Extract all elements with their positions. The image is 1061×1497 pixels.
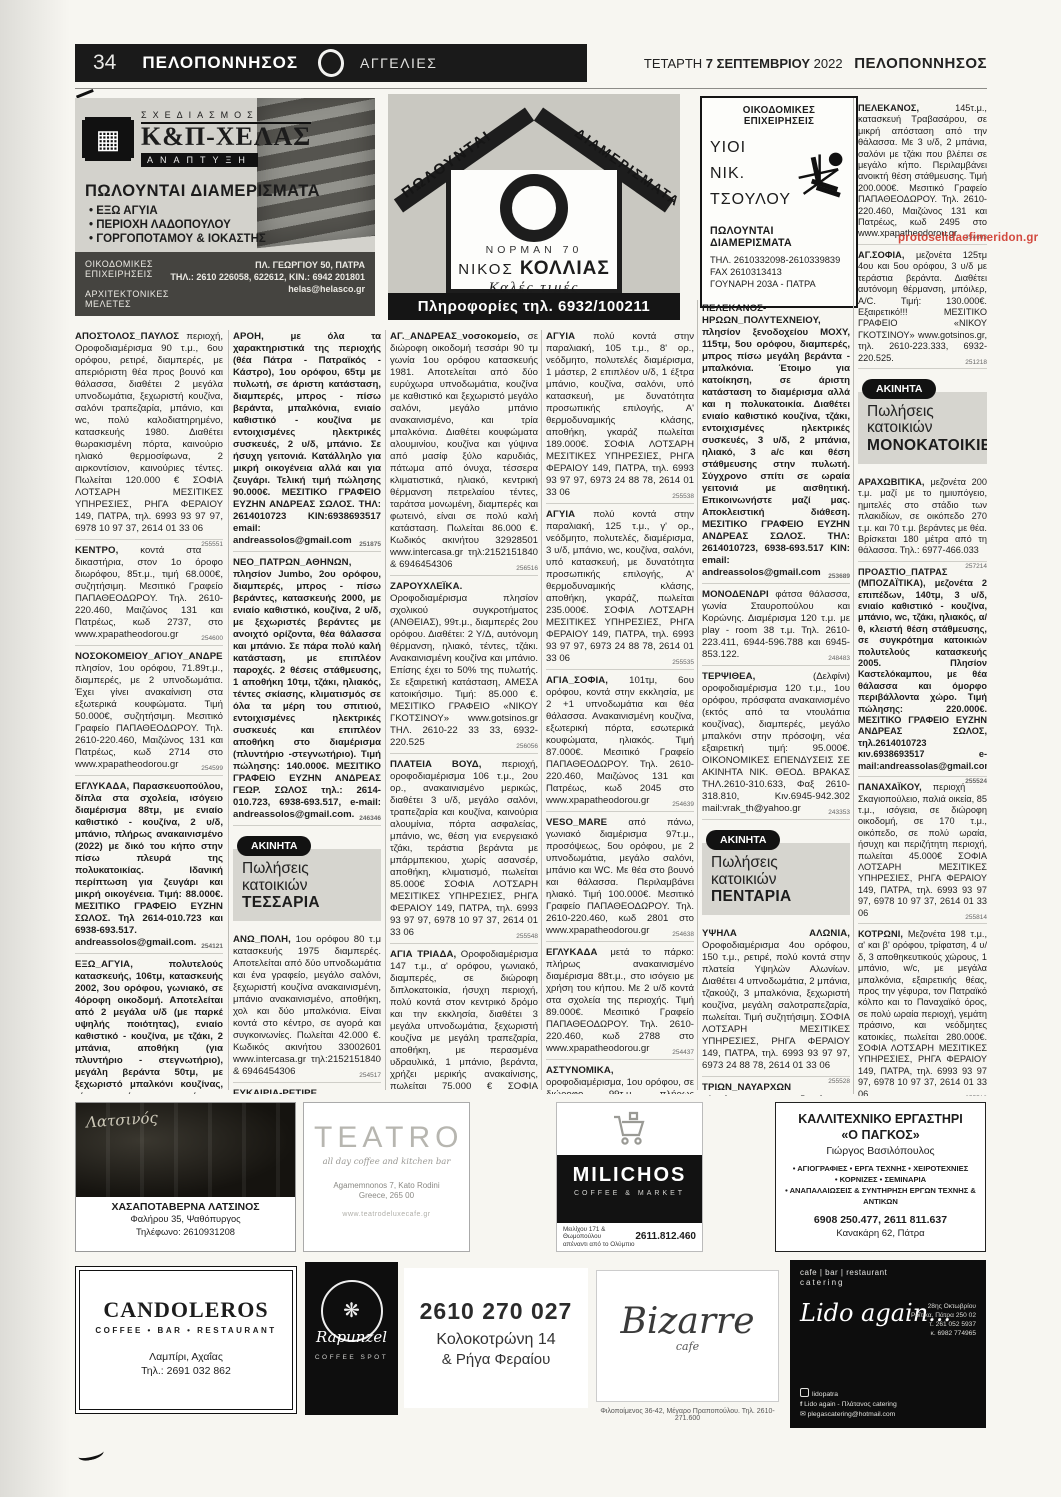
- pagkos-owner: Γιώργος Βασιλόπουλος: [784, 1145, 977, 1157]
- latsinos-name: ΧΑΣΑΠΟΤΑΒΕΡΝΑ ΛΑΤΣΙΝΟΣ: [76, 1201, 295, 1213]
- classified-ad: ΕΞΩ_ΑΓΥΙΑ, πολυτελούς κατασκευής, 106τμ,…: [75, 954, 223, 1094]
- section-title-box: ΠωλήσειςκατοικιώνΜΟΝΟΚΑΤΟΙΚΙΕΣ: [858, 392, 987, 464]
- header-bar: 34 ΠΕΛΟΠΟΝΝΗΣΟΣ ΑΓΓΕΛΙΕΣ: [75, 44, 587, 82]
- display-ad-lido: cafe | bar | restaurant catering Lido ag…: [790, 1260, 986, 1428]
- kollias-brand: ΝΟΡΜΑΝ 70: [451, 244, 617, 256]
- helas-headline: ΠΩΛΟΥΝΤΑΙ ΔΙΑΜΕΡΙΣΜΑΤΑ: [85, 182, 375, 201]
- ad-title: ΖΑΡΟΥΧΛΕΪΚΑ.: [390, 581, 462, 592]
- helas-name: Κ&Π-ΧΕΛΑΣ: [141, 124, 311, 150]
- display-ad-teatro: TEATRO all day coffee and kitchen bar Ag…: [303, 1102, 470, 1252]
- pagkos-title: ΚΑΛΛΙΤΕΧΝΙΚΟ ΕΡΓΑΣΤΗΡΙ: [784, 1112, 977, 1126]
- classified-column-1: ΑΠΟΣΤΟΛΟΣ_ΠΑΥΛΟΣ περιοχή, Οροφοδιαμέρισμ…: [75, 326, 223, 1094]
- ad-title: ΑΓΥΙΑ: [546, 331, 593, 342]
- header-date: ΤΕΤΑΡΤΗ 7 ΣΕΠΤΕΜΒΡΙΟΥ 2022 ΠΕΛΟΠΟΝΝΗΣΟΣ: [644, 55, 987, 72]
- ad-title: ΕΓΛΥΚΑΔΑ: [546, 947, 610, 958]
- tsoulou-name: ΥΙΟΙ ΝΙΚ. ΤΣΟΥΛΟΥ: [710, 135, 791, 217]
- section-badge: ΑΚΙΝΗΤΑ: [862, 379, 936, 399]
- section-title-box: ΠωλήσειςκατοικιώνΠΕΝΤΑΡΙΑ: [702, 843, 850, 915]
- ad-title: ΥΨΗΛΑ ΑΛΩΝΙΑ,: [702, 928, 850, 939]
- ad-text: ΑΡΟΗ, με όλα τα χαρακτηριστικά της περιο…: [233, 331, 381, 547]
- ad-title: ΑΓΥΙΑ: [546, 509, 593, 520]
- pagkos-name: «Ο ΠΑΓΚΟΣ»: [784, 1128, 977, 1142]
- classified-ad: ΖΑΡΟΥΧΛΕΪΚΑ. Οροφοδιαμέρισμα πλησίον σχο…: [390, 576, 538, 754]
- ad-text: ΑΓΙΑ_ΣΟΦΙΑ, 101τμ, 6ου ορόφου, κοντά στη…: [546, 675, 694, 807]
- tsoulou-contact: ΤΗΛ. 2610332098-2610339839 FAX 261031341…: [710, 254, 848, 290]
- pagkos-phones: 6908 250.477, 2611 811.637: [784, 1214, 977, 1226]
- classified-ad: ΠΑΝΑΧΑΪΚΟΥ, περιοχή Σκαγιοπούλειο, παλιά…: [858, 777, 987, 924]
- header-rule: [75, 88, 987, 89]
- candoleros-name: CANDOLEROS: [80, 1297, 292, 1323]
- classified-ad: ΑΓ._ΑΝΔΡΕΑΣ_νοσοκομείο, σε διώροφη οικοδ…: [390, 326, 538, 576]
- tavern-photo: Λατσινός: [76, 1103, 295, 1197]
- ad-text: ΖΑΡΟΥΧΛΕΪΚΑ. Οροφοδιαμέρισμα πλησίον σχο…: [390, 581, 538, 749]
- helas-phones: ΤΗΛ.: 2610 226058, 622612, ΚΙΝ.: 6942 20…: [170, 271, 365, 283]
- lido-catering: catering: [800, 1278, 976, 1287]
- classified-ad: VESO_MARE από πάνω, γωνιακό διαμέρισμα 9…: [546, 812, 694, 942]
- tsoulou-fax: FAX 2610313413: [710, 266, 848, 278]
- ad-text: ΠΛΑΤΕΙΑ ΒΟΥΔ, περιοχή, οροφοδιαμέρισμα 1…: [390, 759, 538, 939]
- ad-code: 254600: [201, 633, 223, 645]
- newspaper-logo-icon: [316, 47, 346, 79]
- ad-title: VESO_MARE: [546, 817, 628, 828]
- section-title-box: ΠωλήσειςκατοικιώνΤΕΣΣΑΡΙΑ: [233, 849, 381, 921]
- ad-text: ΚΕΝΤΡΟ, κοντά στα δικαστήρια, στον 1ο όρ…: [75, 545, 223, 641]
- helas-email: helas@helasco.gr: [170, 283, 365, 295]
- display-ad-bizarre: Bizarre cafe: [596, 1270, 779, 1402]
- rapunzel-subtitle: COFFEE SPOT: [305, 1354, 398, 1361]
- ad-text: VESO_MARE από πάνω, γωνιακό διαμέρισμα 9…: [546, 817, 694, 937]
- ad-code: 257214: [965, 561, 987, 572]
- classified-ad: ΑΣΤΥΝΟΜΙΚΑ, οροφοδιαμέρισμα, 1ου ορόφου,…: [546, 1060, 694, 1094]
- ad-code: 255538: [672, 491, 694, 503]
- ad-title: ΑΓ._ΑΝΔΡΕΑΣ_νοσοκομείο,: [390, 331, 528, 342]
- ad-text: ΕΓΛΥΚΑΔΑ, Παρασκευοπούλου, δίπλα στα σχο…: [75, 781, 223, 949]
- newspaper-brand: ΠΕΛΟΠΟΝΝΗΣΟΣ: [142, 53, 298, 73]
- ad-text: ΑΓΥΙΑ πολύ κοντά στην παραλιακή, 125 τ.μ…: [546, 509, 694, 665]
- ad-title: ΝΕΟ_ΠΑΤΡΩΝ_ΑΘΗΝΩΝ,: [233, 557, 351, 568]
- date-mid: 7 ΣΕΠΤΕΜΒΡΙΟΥ: [706, 56, 810, 71]
- classified-column-3: ΑΓ._ΑΝΔΡΕΑΣ_νοσοκομείο, σε διώροφη οικοδ…: [390, 326, 538, 1094]
- teatro-logo: TEATRO: [314, 1121, 459, 1155]
- ad-code: 254517: [359, 1070, 381, 1082]
- brand-right: ΠΕΛΟΠΟΝΝΗΣΟΣ: [854, 55, 987, 72]
- lido-address: 28ης Οκτωβρίου Ροΐτικα, Πάτρα 250 02 τ. …: [911, 1302, 976, 1338]
- helas-logo-icon: ▦: [85, 117, 131, 161]
- date-day: ΤΕΤΑΡΤΗ: [644, 56, 702, 71]
- ad-text: ΠΑΝΑΧΑΪΚΟΥ, περιοχή Σκαγιοπούλειο, παλιά…: [858, 782, 987, 919]
- ad-title: ΑΠΟΣΤΟΛΟΣ_ΠΑΥΛΟΣ: [75, 331, 186, 342]
- display-ad-tsoulou: ΟΙΚΟΔΟΜΙΚΕΣ ΕΠΙΧΕΙΡΗΣΕΙΣ ΥΙΟΙ ΝΙΚ. ΤΣΟΥΛ…: [700, 96, 858, 308]
- classified-column-5: ΠΕΛΕΚΑΝΟΣ-ΗΡΩΩΝ_ΠΟΛΥΤΕΧΝΕΙΟΥ, πλησίον ξε…: [702, 298, 850, 1096]
- classified-ad: ΠΛΑΤΕΙΑ ΒΟΥΔ, περιοχή, οροφοδιαμέρισμα 1…: [390, 754, 538, 944]
- ad-title: ΠΕΛΕΚΑΝΟΣ,: [858, 103, 955, 113]
- ad-title: ΚΟΤΡΩΝΙ,: [858, 929, 908, 939]
- ad-code: 251218: [965, 357, 987, 368]
- ad-code: 255551: [201, 539, 223, 551]
- display-ad-latsinos: Λατσινός ΧΑΣΑΠΟΤΑΒΕΡΝΑ ΛΑΤΣΙΝΟΣ Φαλήρου …: [75, 1102, 296, 1252]
- helas-subtitle: ΑΝΑΠΤΥΞΗ: [141, 153, 258, 167]
- helas-activities: ΟΙΚΟΔΟΜΙΚΕΣ ΕΠΙΧΕΙΡΗΣΕΙΣ ΑΡΧΙΤΕΚΤΟΝΙΚΕΣ …: [85, 259, 169, 309]
- latsinos-phone: Τηλέφωνο: 2610931208: [76, 1226, 295, 1239]
- classified-ad: ΑΝΩ_ΠΟΛΗ, 1ου ορόφου 80 τ.μ κατασκευής 1…: [233, 929, 381, 1083]
- ad-title: ΤΕΡΨΙΘΕΑ,: [702, 671, 813, 682]
- classified-column-2: ΑΡΟΗ, με όλα τα χαρακτηριστικά της περιο…: [233, 326, 381, 1094]
- ad-text: ΜΟΝΟΔΕΝΔΡΙ φάτσα θάλασσα, γωνία Σταυροπο…: [702, 589, 850, 661]
- helas-bullet: • ΓΟΡΓΟΠΟΤΑΜΟΥ & ΙΟΚΑΣΤΗΣ: [89, 233, 375, 245]
- milichos-subtitle: COFFEE & MARKET: [557, 1190, 702, 1197]
- tsoulou-tel: ΤΗΛ. 2610332098-2610339839: [710, 254, 848, 266]
- section-box: ΑΚΙΝΗΤΑΠωλήσειςκατοικιώνΠΕΝΤΑΡΙΑ: [702, 830, 850, 915]
- ad-code: 255524: [965, 776, 987, 787]
- classified-ad: ΑΠΟΣΤΟΛΟΣ_ΠΑΥΛΟΣ περιοχή, Οροφοδιαμέρισμ…: [75, 326, 223, 540]
- classified-ad: ΝΟΣΟΚΟΜΕΙΟΥ_ΑΓΙΟΥ_ΑΝΔΡΕΑ πλησίον, 1ου ορ…: [75, 646, 223, 776]
- ad-text: ΕΥΚΑΙΡΙΑ-ΡΕΤΙΡΕ ΚΑΙΝΟΥΡΓΙΟ, 1.500 €/τ.μ.…: [233, 1088, 381, 1094]
- circle-logo-icon: [500, 174, 568, 242]
- tsoulou-header: ΟΙΚΟΔΟΜΙΚΕΣ ΕΠΙΧΕΙΡΗΣΕΙΣ: [710, 105, 848, 127]
- ad-text: ΠΡΟΑΣΤΙΟ_ΠΑΤΡΑΣ (ΜΠΟΖΑΪΤΙΚΑ), μεζονέτα 2…: [858, 567, 987, 772]
- section-badge: ΑΚΙΝΗΤΑ: [706, 830, 780, 850]
- lido-services: cafe | bar | restaurant: [800, 1268, 976, 1277]
- house-shape: ΝΟΡΜΑΝ 70 ΝΙΚΟΣ ΚΟΛΛΙΑΣ Καλές τιμές: [446, 170, 622, 294]
- candoleros-address: Λαμπίρι, Αχαΐας: [80, 1351, 292, 1363]
- ad-code: 246346: [359, 813, 381, 825]
- classified-ad: ΕΓΛΥΚΑΔΑ, Παρασκευοπούλου, δίπλα στα σχο…: [75, 776, 223, 954]
- bizarre-name: Bizarre: [597, 1301, 778, 1342]
- ad-text: ΠΕΛΕΚΑΝΟΣ-ΗΡΩΩΝ_ΠΟΛΥΤΕΧΝΕΙΟΥ, πλησίον ξε…: [702, 303, 850, 579]
- pagkos-address: Κανακάρη 62, Πάτρα: [784, 1228, 977, 1239]
- ad-title: ΑΓΙΑ_ΣΟΦΙΑ,: [546, 675, 629, 686]
- ad-code: 254599: [201, 763, 223, 775]
- bizarre-caption: Φιλοποίμενος 36-42, Μέγαρο Πραποπούλου. …: [596, 1408, 779, 1422]
- classified-ad: ΜΟΝΟΔΕΝΔΡΙ φάτσα θάλασσα, γωνία Σταυροπο…: [702, 584, 850, 666]
- candoleros-subtitle: COFFEE • BAR • RESTAURANT: [80, 1326, 292, 1335]
- classified-ad: ΤΕΡΨΙΘΕΑ, (Δελφίνι) οροφοδιαμέρισμα 120 …: [702, 666, 850, 820]
- ad-text: ΑΓΙΑ ΤΡΙΑΔΑ, Οροφοδιαμέρισμα 147 τ.μ., α…: [390, 949, 538, 1094]
- classified-ad: ΥΨΗΛΑ ΑΛΩΝΙΑ, Οροφοδιαμέρισμα 4ου ορόφου…: [702, 923, 850, 1077]
- ad-text: ΕΓΛΥΚΑΔΑ μετά το πάρκο: πλήρως ανακαινισ…: [546, 947, 694, 1055]
- ad-title: ΜΟΝΟΔΕΝΔΡΙ: [702, 589, 775, 600]
- ad-code: 255548: [516, 931, 538, 943]
- ad-code: 254639: [672, 799, 694, 811]
- date-year: 2022: [814, 56, 843, 71]
- milichos-phone: 2611.812.460: [635, 1231, 696, 1242]
- helas-address: ΠΛ. ΓΕΩΡΓΙΟΥ 50, ΠΑΤΡΑ: [170, 259, 365, 271]
- ad-text: ΑΝΩ_ΠΟΛΗ, 1ου ορόφου 80 τ.μ κατασκευής 1…: [233, 934, 381, 1078]
- tsoulou-headline: ΠΩΛΟΥΝΤΑΙ ΔΙΑΜΕΡΙΣΜΑΤΑ: [710, 225, 848, 249]
- kollias-name: ΝΙΚΟΣ ΚΟΛΛΙΑΣ: [451, 258, 617, 280]
- ad-text: ΤΕΡΨΙΘΕΑ, (Δελφίνι) οροφοδιαμέρισμα 120 …: [702, 671, 850, 815]
- ad-title: ΑΓ.ΣΟΦΙΑ,: [858, 250, 916, 260]
- pagkos-services: • ΑΓΙΟΓΡΑΦΙΕΣ • ΕΡΓΑ ΤΕΧΝΗΣ • ΧΕΙΡΟΤΕΧΝΙ…: [784, 1163, 977, 1207]
- ad-title: ΠΛΑΤΕΙΑ ΒΟΥΔ,: [390, 759, 501, 770]
- ad-code: 254638: [672, 929, 694, 941]
- column-divider: [541, 330, 542, 1090]
- ad-text: ΑΓ.ΣΟΦΙΑ, μεζονέτα 125τμ 4ου και 5ου ορό…: [858, 250, 987, 364]
- ad-text: ΕΞΩ_ΑΓΥΙΑ, πολυτελούς κατασκευής, 106τμ,…: [75, 959, 223, 1094]
- ad-code: 248483: [828, 653, 850, 665]
- shopping-cart-icon: [610, 1109, 650, 1149]
- tsoulou-address: ΓΟΥΝΑΡΗ 203Α - ΠΑΤΡΑ: [710, 278, 848, 290]
- pen-mark-bottom: [77, 1446, 105, 1462]
- classified-ad: ΠΡΟΑΣΤΙΟ_ΠΑΤΡΑΣ (ΜΠΟΖΑΪΤΙΚΑ), μεζονέτα 2…: [858, 562, 987, 777]
- ad-title: ΤΡΙΩΝ_ΝΑΥΑΡΧΩΝ: [702, 1082, 791, 1093]
- ad-title: ΑΡΑΧΩΒΙΤΙΚΑ,: [858, 477, 930, 487]
- ad-title: ΕΥΚΑΙΡΙΑ-ΡΕΤΙΡΕ ΚΑΙΝΟΥΡΓΙΟ,: [233, 1088, 317, 1094]
- ad-code: 254121: [201, 941, 223, 953]
- ad-title: ΠΡΟΑΣΤΙΟ_ΠΑΤΡΑΣ (ΜΠΟΖΑΪΤΙΚΑ),: [858, 567, 947, 588]
- lido-social: lidopatra f Lido again - Πλάτανος cateri…: [800, 1388, 897, 1420]
- kolokotroni-address2: & Ρήγα Φεραίου: [404, 1351, 588, 1368]
- teatro-tagline: all day coffee and kitchen bar: [314, 1157, 459, 1167]
- column-divider: [697, 300, 698, 1090]
- classified-ad: ΕΓΛΥΚΑΔΑ μετά το πάρκο: πλήρως ανακαινισ…: [546, 942, 694, 1060]
- ad-text: ΑΓ._ΑΝΔΡΕΑΣ_νοσοκομείο, σε διώροφη οικοδ…: [390, 331, 538, 571]
- tavern-sign-text: Λατσινός: [85, 1109, 158, 1132]
- classified-ad: ΚΕΝΤΡΟ, κοντά στα δικαστήρια, στον 1ο όρ…: [75, 540, 223, 646]
- kolokotroni-address1: Κολοκοτρώνη 14: [404, 1331, 588, 1349]
- ad-code: 255814: [965, 912, 987, 923]
- ad-code: 255535: [672, 657, 694, 669]
- section-box: ΑΚΙΝΗΤΑΠωλήσειςκατοικιώνΜΟΝΟΚΑΤΟΙΚΙΕΣ: [858, 379, 987, 464]
- classified-ad: ΑΡΑΧΩΒΙΤΙΚΑ, μεζονέτα 200 τ.μ. μαζί με τ…: [858, 472, 987, 562]
- ad-text: ΝΕΟ_ΠΑΤΡΩΝ_ΑΘΗΝΩΝ, πλησίον Jumbo, 2ου ορ…: [233, 557, 381, 821]
- crane-illustration-icon: [795, 135, 848, 217]
- classified-column-6: ΠΕΛΕΚΑΝΟΣ, 145τ.μ., κατασκευή Τραβασάρου…: [858, 98, 987, 1096]
- classified-ad: ΑΡΟΗ, με όλα τα χαρακτηριστικά της περιο…: [233, 326, 381, 552]
- display-ad-kolokotroni: 2610 270 027 Κολοκοτρώνη 14 & Ρήγα Φεραί…: [404, 1268, 588, 1408]
- facebook-icon: f: [800, 1401, 802, 1408]
- rapunzel-name: Rapunzel: [305, 1328, 398, 1346]
- classified-ad: ΠΕΛΕΚΑΝΟΣ, 145τ.μ., κατασκευή Τραβασάρου…: [858, 98, 987, 245]
- classified-ad: ΑΓΥΙΑ πολύ κοντά στην παραλιακή, 105 τ.μ…: [546, 326, 694, 504]
- ad-title: ΑΓΙΑ ΤΡΙΑΔΑ,: [390, 949, 461, 960]
- classified-ad: ΑΓΥΙΑ πολύ κοντά στην παραλιακή, 125 τ.μ…: [546, 504, 694, 670]
- classified-ad: ΠΕΛΕΚΑΝΟΣ-ΗΡΩΩΝ_ΠΟΛΥΤΕΧΝΕΙΟΥ, πλησίον ξε…: [702, 298, 850, 584]
- section-box: ΑΚΙΝΗΤΑΠωλήσειςκατοικιώνΤΕΣΣΑΡΙΑ: [233, 836, 381, 921]
- section-title: ΑΓΓΕΛΙΕΣ: [360, 55, 437, 71]
- ad-text: ΚΟΤΡΩΝΙ, Μεζονέτα 198 τ.μ., α' και β' ορ…: [858, 929, 987, 1096]
- helas-bullet: • ΠΕΡΙΟΧΗ ΛΑΔΟΠΟΥΛΟΥ: [89, 219, 375, 231]
- ad-code: 254437: [672, 1047, 694, 1059]
- classified-column-4: ΑΓΥΙΑ πολύ κοντά στην παραλιακή, 105 τ.μ…: [546, 326, 694, 1094]
- latsinos-address: Φαλήρου 35, Ψαθόπυργος: [76, 1213, 295, 1226]
- ad-title: ΠΕΛΕΚΑΝΟΣ-ΗΡΩΩΝ_ΠΟΛΥΤΕΧΝΕΙΟΥ,: [702, 303, 821, 326]
- candoleros-phone: Τηλ.: 2691 032 862: [80, 1365, 292, 1377]
- milichos-address: Μειλίχου 171 & Θωμοπούλου απέναντι από τ…: [563, 1226, 635, 1249]
- newspaper-page: 34 ΠΕΛΟΠΟΝΝΗΣΟΣ ΑΓΓΕΛΙΕΣ ΤΕΤΑΡΤΗ 7 ΣΕΠΤΕ…: [0, 0, 1061, 1497]
- instagram-icon: [800, 1388, 809, 1397]
- ad-text: ΑΣΤΥΝΟΜΙΚΑ, οροφοδιαμέρισμα, 1ου ορόφου,…: [546, 1065, 694, 1094]
- ad-title: ΝΟΣΟΚΟΜΕΙΟΥ_ΑΓΙΟΥ_ΑΝΔΡΕΑ: [75, 651, 223, 662]
- ad-text: ΠΕΛΕΚΑΝΟΣ, 145τ.μ., κατασκευή Τραβασάρου…: [858, 103, 987, 240]
- ad-code: 255528: [828, 1076, 850, 1088]
- display-ad-pagkos: ΚΑΛΛΙΤΕΧΝΙΚΟ ΕΡΓΑΣΤΗΡΙ «Ο ΠΑΓΚΟΣ» Γιώργο…: [775, 1102, 986, 1252]
- ad-title: ΑΣΤΥΝΟΜΙΚΑ,: [546, 1065, 614, 1076]
- ad-code: 256056: [516, 741, 538, 753]
- teatro-website: www.teatrodeluxecafe.gr: [314, 1211, 459, 1218]
- teatro-address: Agamemnonos 7, Kato Rodini Greece, 265 0…: [314, 1181, 459, 1201]
- column-divider: [228, 330, 229, 1090]
- ad-text: ΑΠΟΣΤΟΛΟΣ_ΠΑΥΛΟΣ περιοχή, Οροφοδιαμέρισμ…: [75, 331, 223, 535]
- column-divider: [385, 330, 386, 1090]
- watermark: protoselidaefimeridon.gr: [898, 232, 1038, 244]
- milichos-name: MILICHOS: [557, 1164, 702, 1187]
- column-divider: [853, 98, 854, 1094]
- classified-ad: ΕΥΚΑΙΡΙΑ-ΡΕΤΙΡΕ ΚΑΙΝΟΥΡΓΙΟ, 1.500 €/τ.μ.…: [233, 1083, 381, 1094]
- display-ad-kollias: ΠΩΛΟΥΝΤΑΙ ΔΙΑΜΕΡΙΣΜΑΤΑ ΝΟΡΜΑΝ 70 ΝΙΚΟΣ Κ…: [388, 94, 680, 320]
- display-ad-rapunzel: ❋ Rapunzel COFFEE SPOT: [305, 1262, 398, 1415]
- ad-text: ΑΓΥΙΑ πολύ κοντά στην παραλιακή, 105 τ.μ…: [546, 331, 694, 499]
- ad-title: ΑΝΩ_ΠΟΛΗ,: [233, 934, 296, 945]
- ad-title: ΚΕΝΤΡΟ,: [75, 545, 140, 556]
- ad-code: 256516: [516, 563, 538, 575]
- helas-contact: ΠΛ. ΓΕΩΡΓΙΟΥ 50, ΠΑΤΡΑ ΤΗΛ.: 2610 226058…: [170, 259, 365, 309]
- ad-title: ΠΑΝΑΧΑΪΚΟΥ,: [858, 782, 933, 792]
- ad-title: ΑΡΟΗ,: [233, 331, 291, 342]
- ad-text: ΥΨΗΛΑ ΑΛΩΝΙΑ, Οροφοδιαμέρισμα 4ου ορόφου…: [702, 928, 850, 1072]
- ad-title: ΕΓΛΥΚΑΔΑ,: [75, 781, 133, 792]
- ad-title: ΕΞΩ_ΑΓΥΙΑ,: [75, 959, 169, 970]
- page-number: 34: [93, 51, 116, 75]
- classified-ad: ΑΓ.ΣΟΦΙΑ, μεζονέτα 125τμ 4ου και 5ου ορό…: [858, 245, 987, 369]
- email-icon: ✉: [800, 1411, 806, 1418]
- classified-ad: ΚΟΤΡΩΝΙ, Μεζονέτα 198 τ.μ., α' και β' ορ…: [858, 924, 987, 1096]
- section-badge: ΑΚΙΝΗΤΑ: [237, 836, 311, 856]
- classified-ad: ΑΓΙΑ ΤΡΙΑΔΑ, Οροφοδιαμέρισμα 147 τ.μ., α…: [390, 944, 538, 1094]
- ad-code: 251875: [359, 539, 381, 551]
- ad-text: ΝΟΣΟΚΟΜΕΙΟΥ_ΑΓΙΟΥ_ΑΝΔΡΕΑ πλησίον, 1ου ορ…: [75, 651, 223, 771]
- ad-code: 243353: [828, 807, 850, 819]
- display-ad-milichos: MILICHOS COFFEE & MARKET Μειλίχου 171 & …: [556, 1102, 703, 1252]
- ad-code: 253689: [828, 571, 850, 583]
- classified-ad: ΑΓΙΑ_ΣΟΦΙΑ, 101τμ, 6ου ορόφου, κοντά στη…: [546, 670, 694, 812]
- kolokotroni-phone: 2610 270 027: [404, 1298, 588, 1325]
- kollias-phone-bar: Πληροφορίες τηλ. 6932/100211: [388, 293, 680, 320]
- ad-code: 255513: [965, 1093, 987, 1096]
- display-ad-helas: ▦ ΣΧΕΔΙΑΣΜΟΣ Κ&Π-ΧΕΛΑΣ ΑΝΑΠΤΥΞΗ ΠΩΛΟΥΝΤΑ…: [75, 98, 375, 316]
- helas-bullet: • ΕΞΩ ΑΓΥΙΑ: [89, 205, 375, 217]
- classified-ad: ΝΕΟ_ΠΑΤΡΩΝ_ΑΘΗΝΩΝ, πλησίον Jumbo, 2ου ορ…: [233, 552, 381, 826]
- display-ad-candoleros: CANDOLEROS COFFEE • BAR • RESTAURANT Λαμ…: [75, 1266, 297, 1414]
- ad-text: ΑΡΑΧΩΒΙΤΙΚΑ, μεζονέτα 200 τ.μ. μαζί με τ…: [858, 477, 987, 557]
